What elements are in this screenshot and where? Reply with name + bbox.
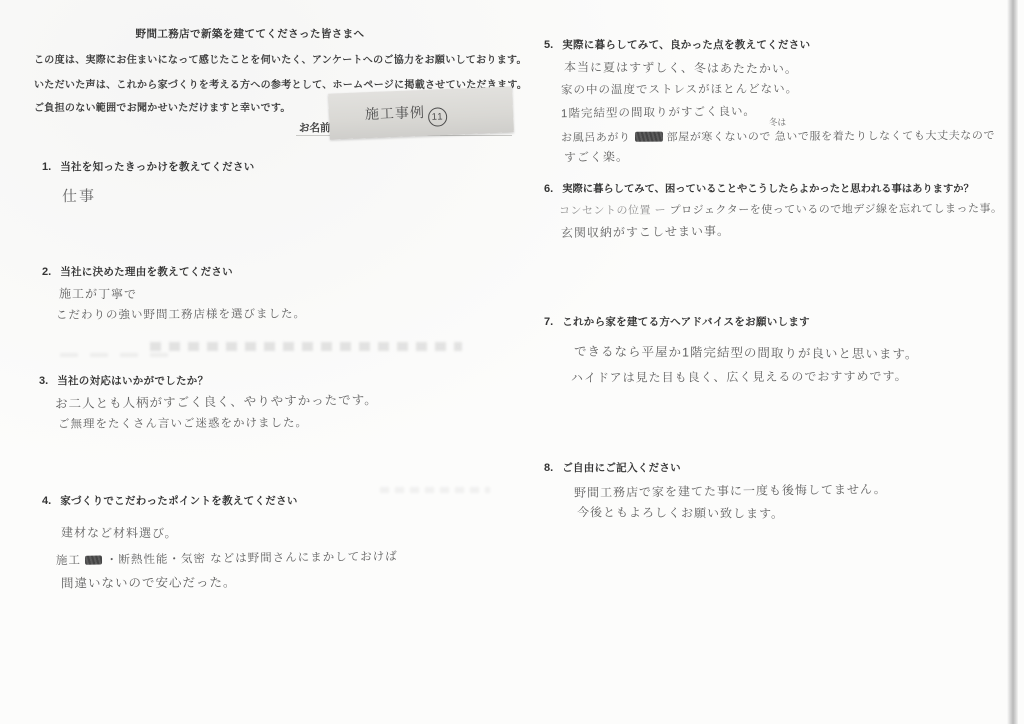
question-number: 3. — [39, 375, 48, 387]
intro-line-3: ご負担のない範囲でお聞かせいただけますと幸いです。 — [34, 99, 291, 114]
handwritten-answer: 野間工務店で家を建てた事に一度も後悔してません。 — [574, 480, 887, 501]
handwritten-answer: 間違いないので安心だった。 — [61, 573, 237, 592]
handwritten-answer: コンセントの位置 ー プロジェクターを使っているので地デジ線を忘れてしまった事。 — [559, 200, 1003, 218]
question-7-heading: 7. これから家を建てる方へアドバイスをお願いします — [544, 314, 1014, 329]
scribbled-out-word — [635, 132, 663, 142]
handwritten-answer: お二人とも人柄がすごく良く、やりやすかったです。 — [55, 390, 378, 412]
handwritten-answer: すごく楽。 — [564, 148, 629, 166]
question-label: 実際に暮らしてみて、良かった点を教えてください — [562, 37, 810, 52]
scanned-survey-page: 野間工務店で新築を建ててくださった皆さまへ この度は、実際にお住まいになって感じ… — [0, 0, 1024, 724]
question-label: これから家を建てる方へアドバイスをお願いします — [562, 314, 810, 329]
question-8: 8. ご自由にご記入ください 野間工務店で家を建てた事に一度も後悔してません。 … — [544, 460, 1014, 550]
question-8-heading: 8. ご自由にご記入ください — [544, 460, 1014, 475]
case-number-text: 施工事例 — [365, 104, 425, 122]
handwritten-answer: 建材など材料選び。 — [61, 523, 178, 541]
question-number: 5. — [544, 39, 553, 51]
question-5-heading: 5. 実際に暮らしてみて、良かった点を教えてください — [544, 37, 1014, 52]
question-label: 家づくりでこだわったポイントを教えてください — [60, 493, 298, 508]
question-6-heading: 6. 実際に暮らしてみて、困っていることやこうしたらよかったと思われる事はありま… — [544, 180, 1019, 195]
scribbled-out-word — [85, 556, 102, 565]
inserted-word-above-line: 冬は — [769, 116, 786, 128]
handwritten-answer: 玄関収納がすこしせまい事。 — [561, 222, 730, 241]
answer-segment-faint: コンセントの位置 ー — [559, 205, 666, 218]
question-4-heading: 4. 家づくりでこだわったポイントを教えてください — [42, 493, 512, 508]
handwritten-answer: 本当に夏はすずしく、冬はあたたかい。 — [564, 58, 798, 77]
handwritten-answer: お風呂あがり部屋が寒くないので 急いで服を着たりしなくても大丈夫なので — [561, 127, 995, 145]
intro-line-1: この度は、実際にお住まいになって感じたことを伺いたく、アンケートへのご協力をお願… — [34, 51, 527, 66]
question-3: 3. 当社の対応はいかがでしたか？ お二人とも人柄がすごく良く、やりやすかったで… — [39, 373, 509, 473]
handwritten-answer: 1階完結型の間取りがすごく良い。 — [561, 103, 756, 121]
question-1-heading: 1. 当社を知ったきっかけを教えてください — [42, 159, 512, 174]
question-number: 2. — [42, 266, 51, 278]
circled-number: 11 — [428, 107, 448, 127]
case-number-handwriting: 施工事例11 — [365, 101, 448, 129]
handwritten-answer: ハイドアは見た目も良く、広く見えるのでおすすめです。 — [571, 367, 908, 386]
question-number: 7. — [544, 316, 553, 328]
answer-segment: お風呂あがり — [561, 132, 631, 144]
question-label: 実際に暮らしてみて、困っていることやこうしたらよかったと思われる事はありますか？ — [562, 180, 974, 195]
answer-segment: 施工 — [56, 555, 81, 567]
handwritten-answer: 施工が丁寧で — [59, 285, 137, 303]
question-number: 6. — [544, 183, 553, 195]
form-title: 野間工務店で新築を建ててくださった皆さまへ — [0, 26, 500, 41]
question-3-heading: 3. 当社の対応はいかがでしたか？ — [39, 373, 509, 388]
question-7: 7. これから家を建てる方へアドバイスをお願いします できるなら平屋か1階完結型… — [544, 314, 1014, 414]
handwritten-answer: できるなら平屋か1階完結型の間取りが良いと思います。 — [574, 341, 919, 362]
question-2-heading: 2. 当社に決めた理由を教えてください — [42, 264, 512, 279]
name-field-label: お名前 — [299, 120, 331, 135]
handwritten-answer: 仕事 — [62, 185, 96, 206]
question-label: 当社の対応はいかがでしたか？ — [57, 373, 208, 388]
answer-segment: 急いで服を着たりしなくても大丈夫なので — [775, 130, 995, 143]
answer-segment: ・断熱性能・気密 などは野間さんにまかしておけば — [106, 551, 398, 567]
handwritten-answer: 今後ともよろしくお願い致します。 — [577, 503, 784, 522]
question-2: 2. 当社に決めた理由を教えてください 施工が丁寧で こだわりの強い野間工務店様… — [42, 264, 512, 364]
answer-segment: プロジェクターを使っているので地デジ線を忘れてしまった事。 — [670, 203, 1003, 217]
question-1: 1. 当社を知ったきっかけを教えてください 仕事 — [42, 159, 512, 259]
handwritten-answer: 施工・断熱性能・気密 などは野間さんにまかしておけば — [56, 548, 398, 568]
question-number: 4. — [42, 495, 51, 507]
question-4: 4. 家づくりでこだわったポイントを教えてください 建材など材料選び。 施工・断… — [42, 493, 512, 613]
question-label: 当社を知ったきっかけを教えてください — [60, 159, 254, 174]
question-6: 6. 実際に暮らしてみて、困っていることやこうしたらよかったと思われる事はありま… — [544, 180, 1019, 270]
question-number: 1. — [42, 161, 51, 173]
question-label: ご自由にご記入ください — [562, 460, 681, 475]
question-5: 5. 実際に暮らしてみて、良かった点を教えてください 本当に夏はすずしく、冬はあ… — [544, 37, 1014, 172]
question-number: 8. — [544, 462, 553, 474]
handwritten-answer: こだわりの強い野間工務店様を選びました。 — [56, 305, 306, 322]
pasted-name-slip: 施工事例11 — [328, 86, 514, 139]
answer-segment: 部屋が寒くないので — [667, 131, 771, 144]
handwritten-answer: ご無理をたくさん言いご迷惑をかけました。 — [58, 414, 308, 431]
question-label: 当社に決めた理由を教えてください — [60, 264, 233, 279]
handwritten-answer: 家の中の温度でストレスがほとんどない。 — [561, 80, 798, 97]
